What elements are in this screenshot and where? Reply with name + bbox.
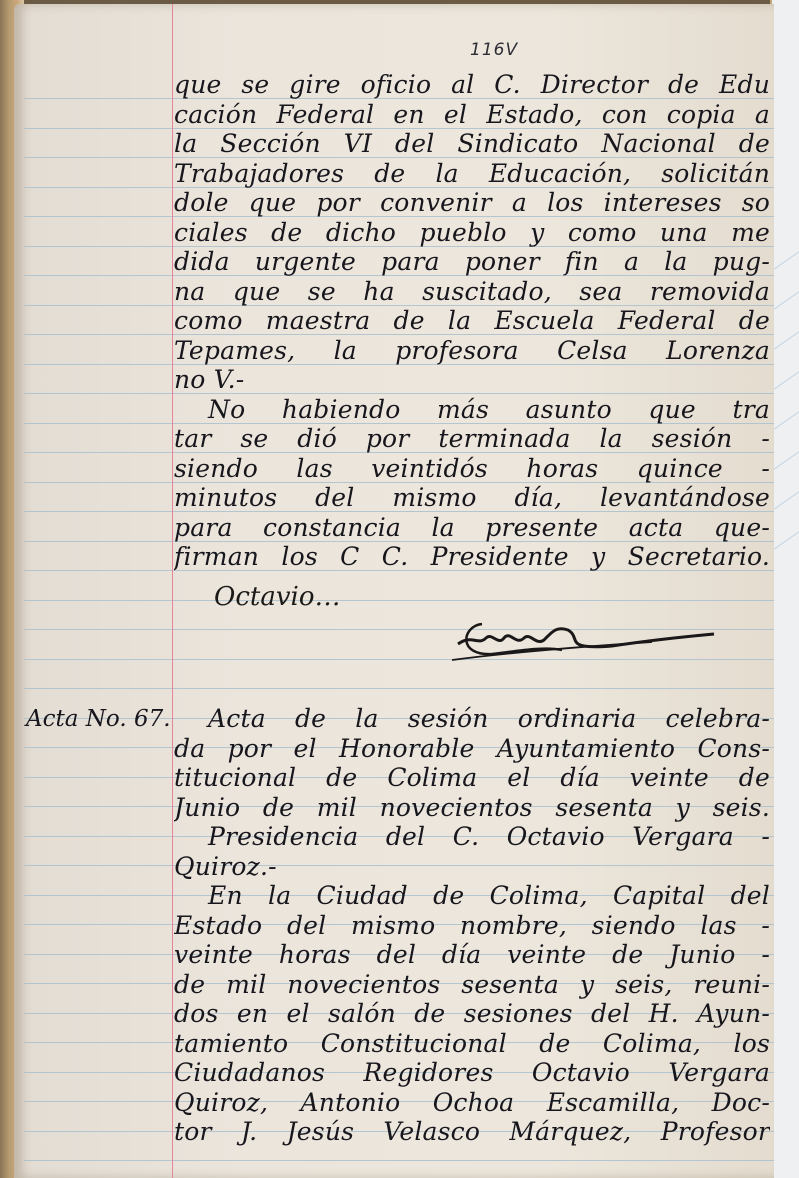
text-line: tamiento Constitucional de Colima, los	[174, 1029, 770, 1058]
text-line: Junio de mil novecientos sesenta y seis.	[174, 793, 770, 822]
signature-president: Octavio…	[214, 582, 340, 612]
folio-number: 116V	[470, 40, 518, 60]
text-line: Acta de la sesión ordinaria celebra-	[174, 704, 770, 733]
signature-secretary	[452, 616, 722, 664]
text-line: Estado del mismo nombre, siendo las -	[174, 911, 770, 940]
text-line: que se gire oficio al C. Director de Edu	[174, 70, 770, 99]
red-margin-rule	[172, 4, 173, 1178]
margin-note-acta-number: Acta No. 67.	[26, 706, 171, 732]
text-line: En la Ciudad de Colima, Capital del	[174, 881, 770, 910]
text-line: ciales de dicho pueblo y como una me	[174, 218, 770, 247]
text-line: Tepames, la profesora Celsa Lorenza	[174, 336, 770, 365]
text-line: cación Federal en el Estado, con copia a	[174, 100, 770, 129]
text-line: no V.-	[174, 365, 770, 394]
text-line: na que se ha suscitado, sea removida	[174, 277, 770, 306]
text-line: No habiendo más asunto que tra	[174, 395, 770, 424]
text-line: firman los C C. Presidente y Secretario.	[174, 542, 770, 571]
text-line: dole que por convenir a los intereses so	[174, 188, 770, 217]
text-line: Quiroz, Antonio Ochoa Escamilla, Doc-	[174, 1088, 770, 1117]
text-line: dida urgente para poner fin a la pug-	[174, 247, 770, 276]
text-line: como maestra de la Escuela Federal de	[174, 306, 770, 335]
next-page-edge	[770, 0, 799, 1178]
text-line: titucional de Colima el día veinte de	[174, 763, 770, 792]
text-line: minutos del mismo día, levantándose	[174, 483, 770, 512]
text-line: para constancia la presente acta que-	[174, 513, 770, 542]
text-line: la Sección VI del Sindicato Nacional de	[174, 129, 770, 158]
text-line: Ciudadanos Regidores Octavio Vergara	[174, 1058, 770, 1087]
text-line: Presidencia del C. Octavio Vergara -	[174, 822, 770, 851]
text-line: Quiroz.-	[174, 852, 770, 881]
text-line: Trabajadores de la Educación, solicitán	[174, 159, 770, 188]
ledger-page: 116V que se gire oficio al C. Director d…	[14, 4, 774, 1178]
text-line: veinte horas del día veinte de Junio -	[174, 940, 770, 969]
text-line: tor J. Jesús Velasco Márquez, Profesor	[174, 1117, 770, 1146]
text-line: de mil novecientos sesenta y seis, reuni…	[174, 970, 770, 999]
text-line: siendo las veintidós horas quince -	[174, 454, 770, 483]
text-line: tar se dió por terminada la sesión -	[174, 424, 770, 453]
text-line: dos en el salón de sesiones del H. Ayun-	[174, 999, 770, 1028]
text-line: da por el Honorable Ayuntamiento Cons-	[174, 734, 770, 763]
